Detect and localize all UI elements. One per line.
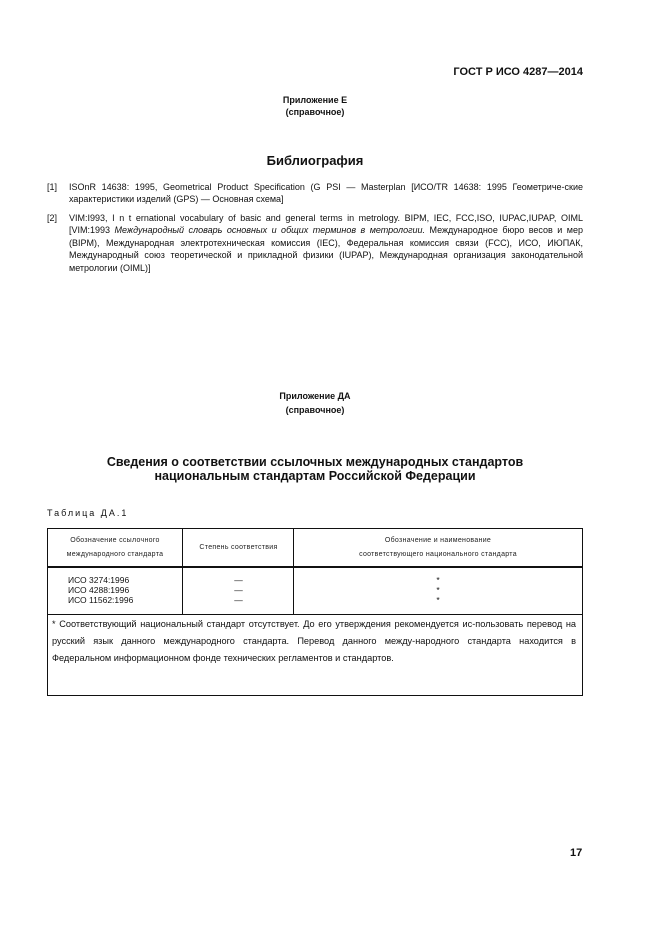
section-heading: Сведения о соответствии ссылочных междун…	[0, 455, 630, 483]
appendix-da-subtitle: (справочное)	[0, 404, 630, 416]
reference-item: [1] ISOnR 14638: 1995, Geometrical Produ…	[47, 181, 583, 206]
appendix-da-title: Приложение ДА	[0, 390, 630, 402]
national-standard: *	[436, 585, 439, 595]
national-standard: *	[436, 575, 439, 585]
table-header-row: Обозначение ссылочногомеждународного ста…	[48, 529, 582, 568]
national-standard: *	[436, 595, 439, 605]
reference-text: ISOnR 14638: 1995, Geometrical Product S…	[69, 181, 583, 206]
intl-standard: ИСО 3274:1996	[68, 575, 133, 585]
reference-item: [2] VIM:I993, I n t ernational vocabular…	[47, 212, 583, 274]
appendix-e-subtitle: (справочное)	[0, 106, 630, 118]
degree-value: —	[234, 595, 243, 605]
degree-cell: — — —	[182, 566, 294, 614]
appendix-e-title: Приложение Е	[0, 94, 630, 106]
intl-standard: ИСО 11562:1996	[68, 595, 133, 605]
page-number: 17	[570, 847, 582, 859]
table-footnote: * Соответствующий национальный стандарт …	[52, 616, 576, 667]
table-row: ИСО 3274:1996 ИСО 4288:1996 ИСО 11562:19…	[48, 566, 582, 615]
document-code: ГОСТ Р ИСО 4287—2014	[453, 66, 583, 78]
header-intl-standard: Обозначение ссылочногомеждународного ста…	[48, 529, 182, 566]
degree-value: —	[234, 575, 243, 585]
table-label: Таблица ДА.1	[47, 508, 128, 518]
intl-standards-cell: ИСО 3274:1996 ИСО 4288:1996 ИСО 11562:19…	[48, 566, 182, 614]
intl-standard: ИСО 4288:1996	[68, 585, 133, 595]
header-national-standard: Обозначение и наименованиесоответствующе…	[293, 529, 582, 566]
reference-number: [1]	[47, 181, 57, 193]
reference-text: VIM:I993, I n t ernational vocabulary of…	[69, 212, 583, 274]
section-heading-line: Сведения о соответствии ссылочных междун…	[0, 455, 630, 469]
header-degree: Степень соответствия	[182, 529, 294, 566]
reference-italic-title: Международный словарь основных и общих т…	[115, 225, 426, 235]
correspondence-table: Обозначение ссылочногомеждународного ста…	[47, 528, 583, 696]
bibliography-heading: Библиография	[0, 153, 630, 168]
section-heading-line: национальным стандартам Российской Федер…	[0, 469, 630, 483]
reference-number: [2]	[47, 212, 57, 224]
degree-value: —	[234, 585, 243, 595]
national-standard-cell: * * *	[293, 566, 582, 614]
